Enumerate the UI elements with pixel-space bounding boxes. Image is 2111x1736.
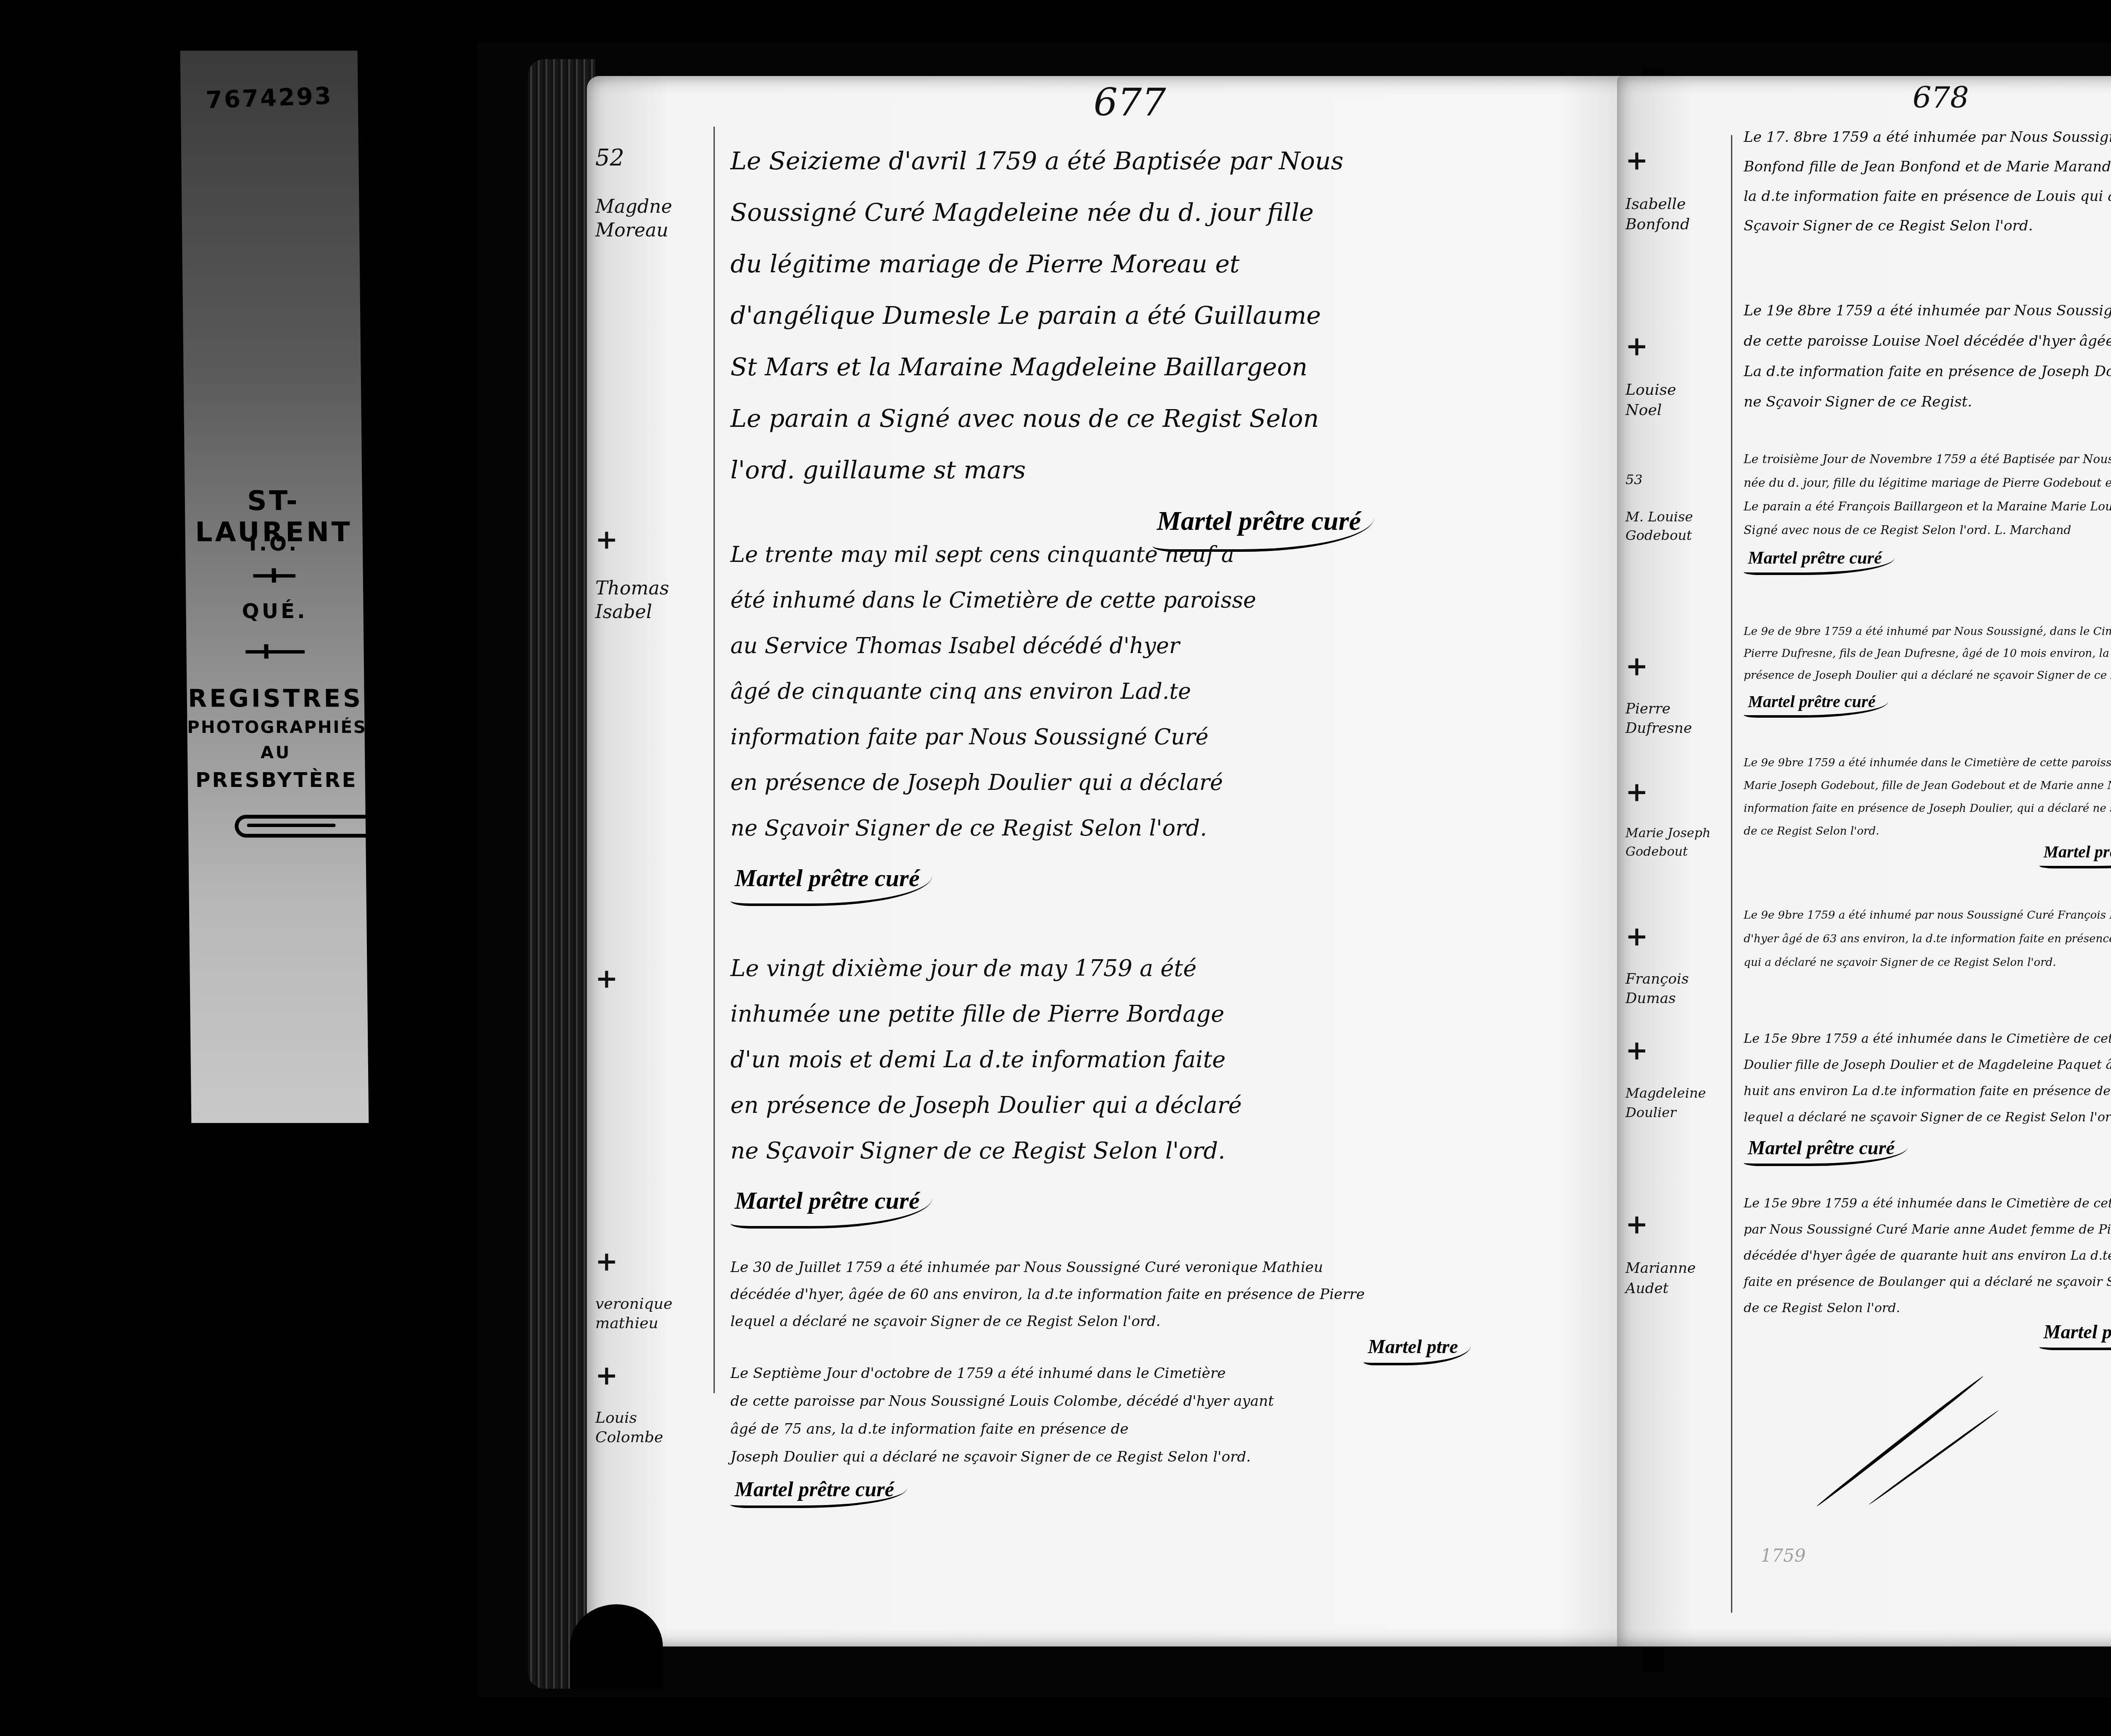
register-entry-burial: Le vingt dixième jour de may 1759 a été …	[730, 946, 1575, 1229]
priest-signature: Martel prêtre curé	[2039, 841, 2111, 868]
margin-note: + Thomas Isabel	[595, 502, 669, 624]
margin-note: 52 Magdne Moreau	[595, 122, 672, 242]
entry-line: la d.te information faite en présence de…	[1744, 182, 2111, 211]
margin-note: + Isabelle Bonfond	[1625, 127, 1690, 235]
entry-line: âgé de 75 ans, la d.te information faite…	[730, 1415, 1617, 1443]
margin-note: + Marianne Audet	[1625, 1191, 1696, 1299]
entry-line: information faite en présence de Joseph …	[1744, 797, 2111, 820]
burial-cross-icon: +	[595, 965, 618, 992]
entry-line: par Nous Soussigné Curé Marie anne Audet…	[1744, 1217, 2111, 1243]
entry-line: inhumée une petite fille de Pierre Borda…	[730, 991, 1575, 1037]
burial-cross-icon: +	[1625, 147, 1690, 174]
margin-rule	[714, 127, 715, 1393]
margin-note: + François Dumas	[1625, 903, 1689, 1008]
margin-name: Isabelle Bonfond	[1625, 195, 1690, 233]
margin-name: Louis Colombe	[595, 1409, 663, 1446]
entry-line: de cette paroisse Louise Noel décédée d'…	[1744, 326, 2111, 356]
burial-cross-icon: +	[595, 1248, 673, 1275]
left-binding-edge	[528, 59, 595, 1689]
entry-line: Le 15e 9bre 1759 a été inhumée dans le C…	[1744, 1191, 2111, 1217]
priest-signature: Martel prêtre curé	[2039, 1319, 2111, 1350]
entry-line: Le 19e 8bre 1759 a été inhumée par Nous …	[1744, 296, 2111, 326]
entry-line: décédée d'hyer âgée de quarante huit ans…	[1744, 1243, 2111, 1269]
entry-line: Soussigné Curé Magdeleine née du d. jour…	[730, 187, 1617, 238]
entry-line: faite en présence de Boulanger qui a déc…	[1744, 1269, 2111, 1295]
act-number: 52	[595, 144, 624, 171]
paperclip-icon	[235, 815, 370, 838]
entry-line: Le vingt dixième jour de may 1759 a été	[730, 946, 1575, 991]
entry-line: d'hyer âgé de 63 ans environ, la d.te in…	[1744, 927, 2111, 951]
priest-signature: Martel prêtre curé	[1744, 691, 1888, 718]
entry-line: Le 9e 9bre 1759 a été inhumée dans le Ci…	[1744, 751, 2111, 774]
register-entry-burial: Le 9e 9bre 1759 a été inhumé par nous So…	[1744, 903, 2111, 1001]
register-entry-burial: Le 15e 9bre 1759 a été inhumée dans le C…	[1744, 1026, 2111, 1166]
entry-line: Le trente may mil sept cens cinquante ne…	[730, 532, 1575, 578]
priest-signature: Martel prêtre curé	[730, 1475, 907, 1508]
burial-cross-icon: +	[1625, 1211, 1696, 1238]
entry-line: née du d. jour, fille du légitime mariag…	[1744, 471, 2111, 495]
register-book: 677 … 52 Magdne Moreau Le Seizieme d'avr…	[477, 42, 2111, 1697]
entry-line: d'un mois et demi La d.te information fa…	[730, 1037, 1575, 1082]
burial-cross-icon: +	[1625, 333, 1676, 360]
photographies-label: PHOTOGRAPHIÉS	[187, 718, 364, 737]
burial-cross-icon: +	[1625, 923, 1689, 950]
margin-note: + Magdeleine Doulier	[1625, 1017, 1706, 1122]
entry-line: l'ord. guillaume st mars	[730, 444, 1617, 496]
register-entry-baptism: Le troisième Jour de Novembre 1759 a été…	[1744, 448, 2111, 575]
entry-line: Le parain a Signé avec nous de ce Regist…	[730, 393, 1617, 444]
burial-cross-icon: +	[1625, 653, 1692, 680]
left-page: 677 … 52 Magdne Moreau Le Seizieme d'avr…	[587, 76, 1642, 1646]
priest-signature: Martel prêtre curé	[730, 1178, 932, 1229]
entry-line: décédée d'hyer, âgée de 60 ans environ, …	[730, 1281, 1617, 1308]
presbytere-label: PRESBYTÈRE	[188, 768, 366, 792]
province-label: QUÉ.	[186, 599, 364, 623]
margin-name: Louise Noel	[1625, 381, 1676, 419]
cross-divider-icon	[246, 650, 305, 654]
entry-line: Le 9e 9bre 1759 a été inhumé par nous So…	[1744, 903, 2111, 927]
margin-name: M. Louise Godebout	[1625, 509, 1693, 543]
entry-line: lequel a déclaré ne sçavoir Signer de ce…	[1744, 1104, 2111, 1131]
au-label: AU	[187, 743, 365, 762]
entry-line: Bonfond fille de Jean Bonfond et de Mari…	[1744, 152, 2111, 182]
entry-line: information faite par Nous Soussigné Cur…	[730, 714, 1575, 760]
register-entry-burial: Le trente may mil sept cens cinquante ne…	[730, 532, 1575, 906]
entry-line: en présence de Joseph Doulier qui a décl…	[730, 1082, 1575, 1128]
entry-line: ne Sçavoir Signer de ce Regist Selon l'o…	[730, 1128, 1575, 1174]
register-entry-burial: Le 17. 8bre 1759 a été inhumée par Nous …	[1744, 122, 2111, 274]
entry-line: St Mars et la Maraine Magdeleine Baillar…	[730, 341, 1617, 393]
entry-line: Le 15e 9bre 1759 a été inhumée dans le C…	[1744, 1026, 2111, 1052]
entry-line: Le troisième Jour de Novembre 1759 a été…	[1744, 448, 2111, 471]
margin-name: Pierre Dufresne	[1625, 700, 1692, 737]
priest-signature: Martel prêtre curé	[730, 855, 932, 906]
burial-cross-icon: +	[1625, 1037, 1706, 1064]
margin-note: +	[595, 941, 618, 1016]
margin-note: + Pierre Dufresne	[1625, 633, 1692, 738]
cancellation-stroke	[1868, 1410, 1999, 1505]
register-entry-baptism: Le Seizieme d'avril 1759 a été Baptisée …	[730, 135, 1617, 552]
entry-line: en présence de Joseph Doulier qui a décl…	[730, 760, 1575, 806]
margin-name: Marianne Audet	[1625, 1260, 1696, 1297]
burial-cross-icon: +	[595, 526, 669, 553]
margin-name: Marie Joseph Godebout	[1625, 826, 1711, 859]
entry-line: Pierre Dufresne, fils de Jean Dufresne, …	[1744, 643, 2111, 665]
entry-line: Sçavoir Signer de ce Regist Selon l'ord.	[1744, 211, 2111, 241]
entry-line: d'angélique Dumesle Le parain a été Guil…	[730, 290, 1617, 341]
margin-name: Thomas Isabel	[595, 578, 669, 623]
entry-line: au Service Thomas Isabel décédé d'hyer	[730, 623, 1575, 669]
entry-line: présence de Joseph Doulier qui a déclaré…	[1744, 665, 2111, 686]
margin-note: + Marie Joseph Godebout	[1625, 760, 1711, 861]
entry-line: Joseph Doulier qui a déclaré ne sçavoir …	[730, 1443, 1617, 1471]
page-number: 677	[1093, 80, 1166, 125]
cross-divider-icon	[253, 574, 296, 578]
entry-line: Le 30 de Juillet 1759 a été inhumée par …	[730, 1254, 1617, 1281]
faded-year-note: 1759	[1761, 1545, 1806, 1566]
microfilm-label-strip: 7674293 ST-LAURENT I.O. QUÉ. REGISTRES P…	[180, 51, 369, 1123]
cancellation-stroke	[1816, 1375, 1984, 1508]
priest-signature: Martel prêtre curé	[1744, 546, 1894, 575]
margin-note: + veronique mathieu	[595, 1229, 673, 1333]
entry-line: du légitime mariage de Pierre Moreau et	[730, 238, 1617, 290]
register-entry-burial: Le 9e 9bre 1759 a été inhumée dans le Ci…	[1744, 751, 2111, 868]
entry-line: Le Seizieme d'avril 1759 a été Baptisée …	[730, 135, 1617, 187]
entry-line: Marie Joseph Godebout, fille de Jean God…	[1744, 774, 2111, 797]
thumb-shadow	[570, 1604, 663, 1689]
margin-rule	[1731, 135, 1732, 1613]
margin-name: veronique mathieu	[595, 1295, 673, 1332]
margin-name: Magdeleine Doulier	[1625, 1085, 1706, 1120]
entry-line: huit ans environ La d.te information fai…	[1744, 1078, 2111, 1104]
register-entry-burial: Le Septième Jour d'octobre de 1759 a été…	[730, 1359, 1617, 1508]
entry-line: ne Sçavoir Signer de ce Regist Selon l'o…	[730, 806, 1575, 851]
register-entry-burial: Le 9e de 9bre 1759 a été inhumé par Nous…	[1744, 621, 2111, 718]
entry-line: âgé de cinquante cinq ans environ Lad.te	[730, 669, 1575, 714]
act-number: 53	[1625, 472, 1643, 488]
entry-line: lequel a déclaré ne sçavoir Signer de ce…	[730, 1308, 1617, 1335]
margin-note: + Louise Noel	[1625, 312, 1676, 420]
entry-line: ne Sçavoir Signer de ce Regist.	[1744, 387, 2111, 417]
priest-signature: Martel prêtre curé	[1744, 1135, 1907, 1166]
entry-line: été inhumé dans le Cimetière de cette pa…	[730, 578, 1575, 623]
reel-number: 7674293	[189, 81, 350, 114]
margin-name: Magdne Moreau	[595, 196, 672, 241]
entry-line: Le 17. 8bre 1759 a été inhumée par Nous …	[1744, 122, 2111, 152]
entry-line: Signé avec nous de ce Regist Selon l'ord…	[1744, 518, 2111, 542]
entry-line: La d.te information faite en présence de…	[1744, 356, 2111, 387]
registres-label: REGISTRES	[187, 684, 364, 713]
entry-line: de cette paroisse par Nous Soussigné Lou…	[730, 1387, 1617, 1415]
location-label: I.O.	[185, 532, 363, 556]
burial-cross-icon: +	[1625, 778, 1711, 806]
entry-line: Le Septième Jour d'octobre de 1759 a été…	[730, 1359, 1617, 1387]
margin-name: François Dumas	[1625, 971, 1689, 1007]
register-entry-burial: Le 30 de Juillet 1759 a été inhumée par …	[730, 1254, 1617, 1365]
register-entry-burial: Le 15e 9bre 1759 a été inhumée dans le C…	[1744, 1191, 2111, 1350]
register-entry-burial: Le 19e 8bre 1759 a été inhumée par Nous …	[1744, 296, 2111, 451]
entry-line: de ce Regist Selon l'ord.	[1744, 1295, 2111, 1321]
page-number: 678	[1913, 80, 1969, 115]
entry-line: Le 9e de 9bre 1759 a été inhumé par Nous…	[1744, 621, 2111, 643]
entry-line: de ce Regist Selon l'ord.	[1744, 820, 2111, 843]
margin-note: 53 M. Louise Godebout	[1625, 452, 1693, 545]
margin-note: + Louis Colombe	[595, 1343, 663, 1447]
right-page: 678 + Isabelle Bonfond Le 17. 8bre 1759 …	[1617, 76, 2111, 1646]
burial-cross-icon: +	[595, 1362, 663, 1389]
entry-line: qui a déclaré ne sçavoir Signer de ce Re…	[1744, 951, 2111, 974]
entry-line: Doulier fille de Joseph Doulier et de Ma…	[1744, 1052, 2111, 1078]
entry-line: Le parain a été François Baillargeon et …	[1744, 495, 2111, 518]
